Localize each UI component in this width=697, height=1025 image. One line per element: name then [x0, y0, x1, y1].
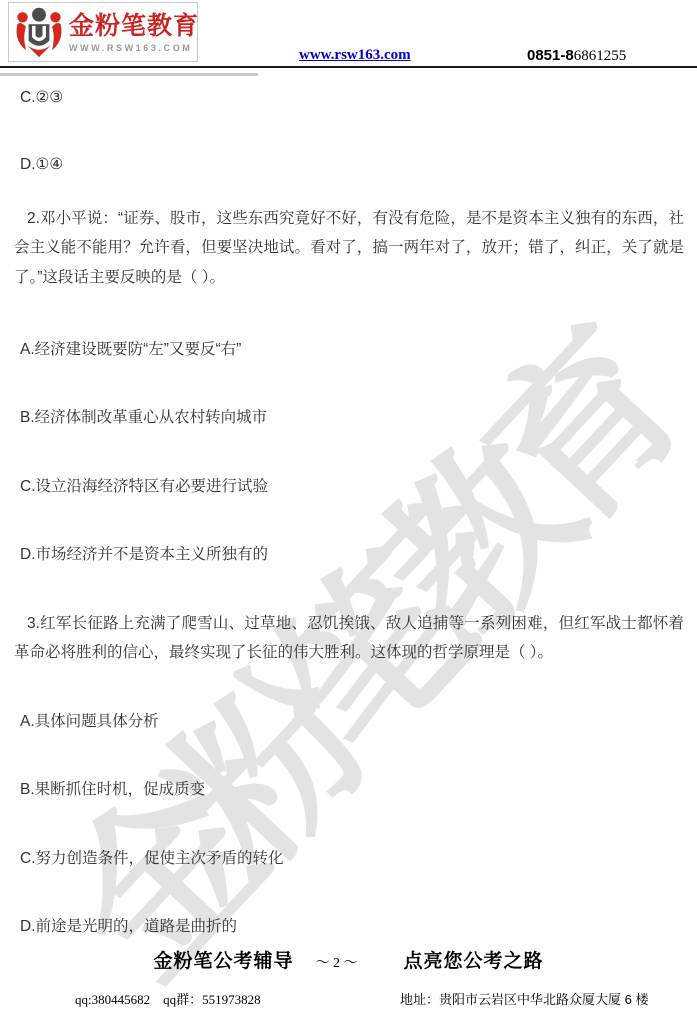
footer-slogan-row: 金粉笔公考辅导 ～ 2 ～ 点亮您公考之路 [0, 946, 697, 973]
people-u-logo-icon [13, 5, 65, 59]
question-3-stem: 3.红军长征路上充满了爬雪山、过草地、忍饥挨饿、敌人追捕等一系列困难，但红军战士… [14, 609, 684, 668]
question-3-option-d: D.前途是光明的，道路是曲折的 [20, 918, 237, 937]
question-3-option-a: A.具体问题具体分析 [20, 713, 159, 732]
question-2-option-a: A.经济建设既要防“左”又要反“右” [20, 341, 241, 360]
brand-subtitle: WWW.RSW163.COM [69, 43, 199, 53]
footer-slogan: 点亮您公考之路 [404, 946, 544, 973]
question-2-option-b: B.经济体制改革重心从农村转向城市 [20, 409, 267, 428]
phone-part-rest: 6861255 [574, 48, 627, 64]
qq-contacts: qq:380445682 qq群：551973828 [75, 989, 261, 1008]
question-3-option-b: B.果断抓住时机，促成质变 [20, 781, 205, 800]
question-1-option-d: D.①④ [20, 156, 63, 175]
header-divider [0, 66, 697, 68]
footer-brand-label: 金粉笔公考辅导 [153, 946, 293, 973]
logo-text: 金粉笔教育 WWW.RSW163.COM [69, 11, 199, 53]
brand-name: 金粉笔教育 [69, 11, 199, 41]
logo: 金粉笔教育 WWW.RSW163.COM [8, 2, 198, 62]
question-1-option-c: C.②③ [20, 89, 63, 108]
question-2-option-d: D.市场经济并不是资本主义所独有的 [20, 546, 268, 565]
website-link[interactable]: www.rsw163.com [299, 47, 411, 64]
phone-part-bold: 0851-8 [527, 47, 574, 64]
question-2-option-c: C.设立沿海经济特区有必要进行试验 [20, 478, 268, 497]
phone-number: 0851-86861255 [527, 47, 626, 65]
footer-contact-row: qq:380445682 qq群：551973828 地址：贵阳市云岩区中华北路… [0, 989, 697, 1009]
address: 地址：贵阳市云岩区中华北路众厦大厦 6 楼 [400, 989, 648, 1008]
question-2-stem: 2.邓小平说：“证券、股市，这些东西究竟好不好，有没有危险，是不是资本主义独有的… [14, 204, 684, 292]
question-3-option-c: C.努力创造条件，促使主次矛盾的转化 [20, 850, 284, 869]
page-number: ～ 2 ～ [316, 952, 358, 972]
document-page: 金粉笔教育 金粉笔教育 WWW.RSW163.COM www.rsw163.co… [0, 0, 697, 1025]
header-divider-shadow [0, 73, 258, 76]
